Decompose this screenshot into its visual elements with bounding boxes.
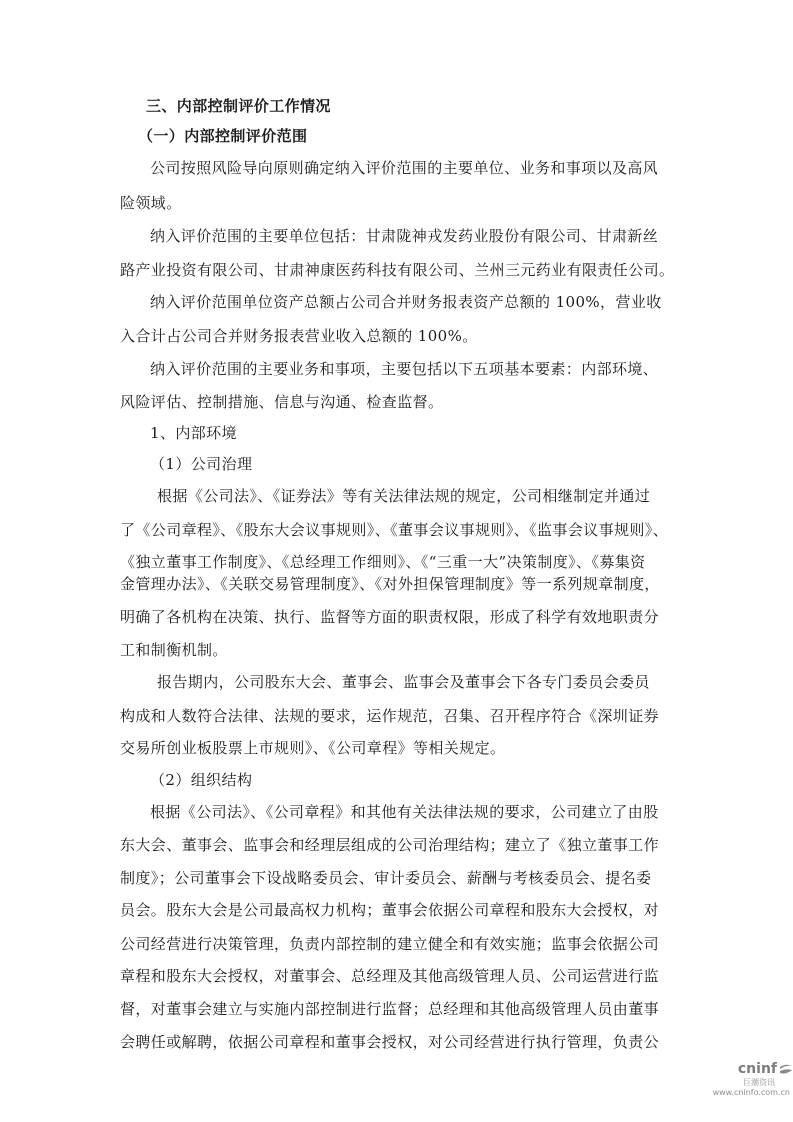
text-line: 交易所创业板股票上市规则》、《公司章程》等相关规定。	[120, 738, 505, 758]
document-page: 三、内部控制评价工作情况（一）内部控制评价范围公司按照风险导向原则确定纳入评价范…	[0, 0, 793, 1122]
text-line: 纳入评价范围的主要业务和事项，主要包括以下五项基本要素：内部环境、	[150, 359, 658, 379]
text-line: 会聘任或解聘，依据公司章程和董事会授权，对公司经营进行执行管理，负责公	[120, 1032, 659, 1052]
text-line: 路产业投资有限公司、甘肃神康医药科技有限公司、兰州三元药业有限责任公司。	[120, 260, 674, 280]
text-line: 纳入评价范围单位资产总额占公司合并财务报表资产总额的 100%，营业收	[150, 292, 662, 312]
cninfo-logo: cninf	[738, 1061, 793, 1077]
text-line: 纳入评价范围的主要单位包括：甘肃陇神戎发药业股份有限公司、甘肃新丝	[150, 226, 658, 246]
section-heading: 三、内部控制评价工作情况	[146, 96, 331, 116]
subsection-heading: （一）内部控制评价范围	[138, 126, 307, 146]
text-line: 制度》；公司董事会下设战略委员会、审计委员会、薪酬与考核委员会、提名委	[120, 868, 652, 888]
text-line: 1、内部环境	[150, 423, 237, 443]
text-line: 章程和股东大会授权，对董事会、总经理及其他高级管理人员、公司运营进行监	[120, 966, 659, 986]
swirl-logo-icon	[779, 1063, 793, 1075]
text-line: 险领域。	[120, 193, 182, 213]
text-line: 入合计占公司合并财务报表营业收入总额的 100%。	[120, 326, 478, 346]
text-line: 工和制衡机制。	[120, 640, 228, 660]
text-line: 员会。股东大会是公司最高权力机构；董事会依据公司章程和股东大会授权，对	[120, 900, 659, 920]
text-line: 督，对董事会建立与实施内部控制进行监督；总经理和其他高级管理人员由董事	[120, 999, 659, 1019]
text-line: 东大会、董事会、监事会和经理层组成的公司治理结构；建立了《独立董事工作	[120, 835, 659, 855]
text-line: 风险评估、控制措施、信息与沟通、检查监督。	[120, 392, 443, 412]
text-line: （2）组织结构	[150, 770, 252, 790]
logo-chinese-name: 巨潮资讯	[700, 1077, 775, 1088]
logo-text: cninf	[738, 1061, 777, 1077]
text-line: 金管理办法》、《关联交易管理制度》、《对外担保管理制度》等一系列规章制度，	[120, 574, 660, 594]
text-line: 根据《公司法》、《证券法》等有关法律法规的规定，公司相继制定并通过	[157, 486, 650, 506]
cninfo-watermark: cninf 巨潮资讯 www.cninfo.com.cn	[700, 1058, 793, 1097]
text-line: 构成和人数符合法律、法规的要求，运作规范，召集、召开程序符合《深圳证券	[120, 706, 659, 726]
text-line: （1）公司治理	[150, 454, 252, 474]
text-line: 报告期内，公司股东大会、董事会、监事会及董事会下各专门委员会委员	[157, 672, 650, 692]
text-line: 公司按照风险导向原则确定纳入评价范围的主要单位、业务和事项以及高风	[150, 158, 658, 178]
text-line: 《独立董事工作制度》、《总经理工作细则》、《“三重一大”决策制度》、《募集资	[120, 552, 646, 572]
text-line: 了《公司章程》、《股东大会议事规则》、《董事会议事规则》、《监事会议事规则》、	[120, 520, 668, 540]
text-line: 根据《公司法》、《公司章程》和其他有关法律法规的要求，公司建立了由股	[150, 802, 659, 822]
logo-url: www.cninfo.com.cn	[700, 1088, 790, 1097]
text-line: 明确了各机构在决策、执行、监督等方面的职责权限，形成了科学有效地职责分	[120, 607, 659, 627]
text-line: 公司经营进行决策管理，负责内部控制的建立健全和有效实施；监事会依据公司	[120, 934, 659, 954]
